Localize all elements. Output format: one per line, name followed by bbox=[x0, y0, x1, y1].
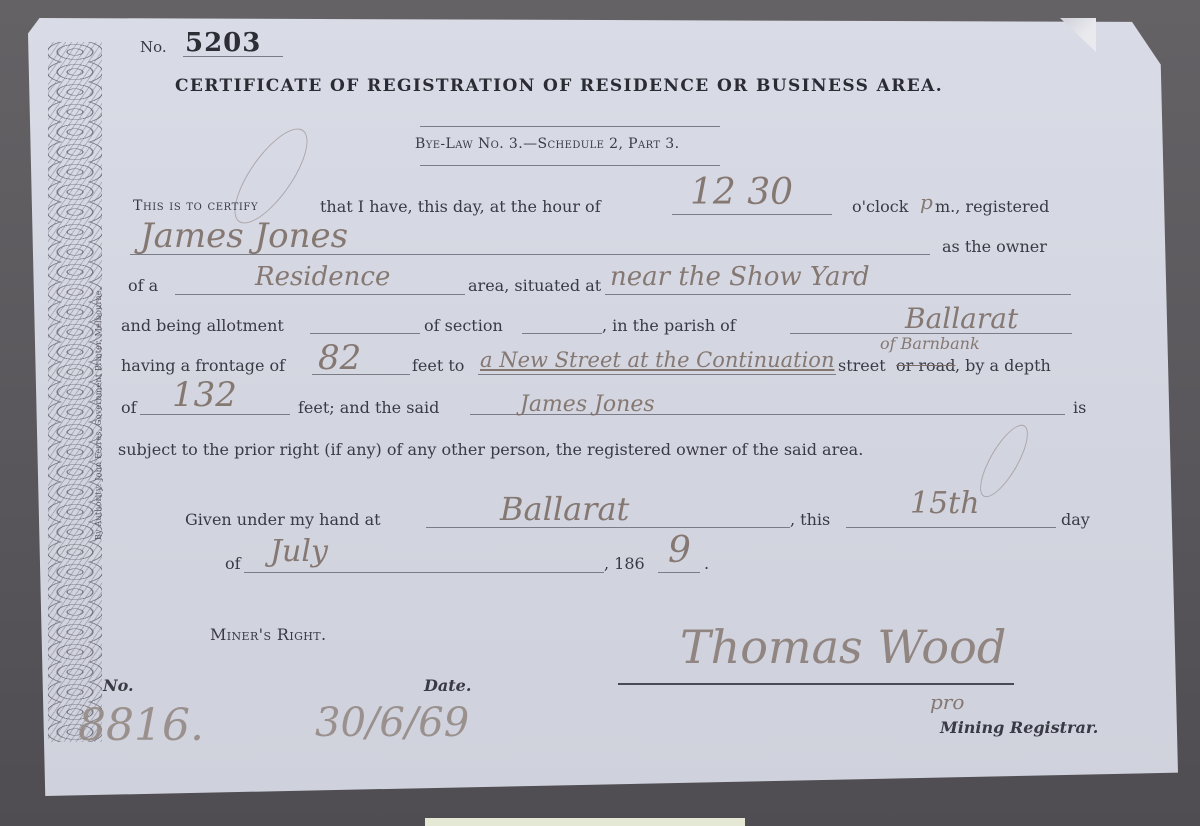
certificate-title: CERTIFICATE OF REGISTRATION OF RESIDENCE… bbox=[175, 76, 943, 96]
depth-label: , by a depth bbox=[955, 356, 1051, 375]
day-value: 15th bbox=[910, 486, 980, 521]
allotment-field-line bbox=[310, 333, 420, 334]
hour-field-line bbox=[672, 214, 832, 215]
month-field-line bbox=[244, 572, 604, 573]
bye-law-reference: Bye-Law No. 3.—Schedule 2, Part 3. bbox=[415, 136, 679, 152]
day-field-line bbox=[846, 527, 1056, 528]
street-annotation: of Barnbank bbox=[880, 334, 980, 353]
section-label: of section bbox=[424, 316, 503, 335]
year-field-line bbox=[658, 572, 700, 573]
museum-label-strip bbox=[425, 818, 745, 826]
year-period: . bbox=[704, 554, 709, 573]
mining-registrar-label: Mining Registrar. bbox=[940, 718, 1098, 737]
location-field-line bbox=[605, 294, 1071, 295]
place-value: Ballarat bbox=[500, 490, 629, 528]
bye-law-rule-bottom bbox=[420, 165, 720, 166]
this-label: , this bbox=[790, 510, 830, 529]
signature-line bbox=[618, 683, 1014, 685]
miners-right-heading: Miner's Right. bbox=[210, 625, 326, 644]
parish-label: , in the parish of bbox=[602, 316, 736, 335]
registrar-signature: Thomas Wood bbox=[680, 620, 1006, 674]
of-month-label: of bbox=[225, 554, 241, 573]
feet-and-said-label: feet; and the said bbox=[298, 398, 439, 417]
year-prefix-label: , 186 bbox=[604, 554, 645, 573]
hour-value: 12 30 bbox=[690, 172, 793, 213]
certify-text: that I have, this day, at the hour of bbox=[320, 197, 601, 216]
area-situated-label: area, situated at bbox=[468, 276, 601, 295]
given-under-hand-label: Given under my hand at bbox=[185, 510, 381, 529]
meridiem-value: p bbox=[920, 190, 933, 214]
certificate-number: 5203 bbox=[185, 28, 261, 58]
is-label: is bbox=[1073, 398, 1086, 417]
miners-right-date-label: Date. bbox=[424, 676, 471, 695]
certificate-number-underline bbox=[183, 56, 283, 57]
street-value: a New Street at the Continuation bbox=[480, 348, 834, 372]
said-name-value: James Jones bbox=[520, 392, 655, 417]
or-road-struck-text: or road bbox=[896, 356, 955, 375]
oclock-label: o'clock bbox=[852, 197, 908, 216]
depth-value: 132 bbox=[172, 375, 237, 415]
of-a-label: of a bbox=[128, 276, 158, 295]
owner-name-value: James Jones bbox=[140, 216, 348, 256]
of-depth-label: of bbox=[121, 398, 137, 417]
day-label: day bbox=[1061, 510, 1090, 529]
parish-value: Ballarat bbox=[905, 302, 1018, 335]
certify-intro: This is to certify bbox=[133, 198, 258, 214]
frontage-value: 82 bbox=[318, 338, 361, 378]
bye-law-rule-top bbox=[420, 126, 720, 127]
section-field-line bbox=[522, 333, 602, 334]
area-type-field-line bbox=[175, 294, 465, 295]
month-value: July bbox=[270, 534, 328, 569]
prior-right-clause: subject to the prior right (if any) of a… bbox=[118, 440, 863, 459]
street-field-line bbox=[478, 374, 836, 375]
feet-to-label: feet to bbox=[412, 356, 464, 375]
street-label: street bbox=[838, 356, 886, 375]
miners-right-number-label: No. bbox=[103, 676, 134, 695]
miners-right-date-value: 30/6/69 bbox=[315, 700, 469, 746]
printer-imprint: By Authority: John Ferres, Government Pr… bbox=[94, 288, 103, 541]
year-digit-value: 9 bbox=[668, 530, 691, 571]
frontage-label: having a frontage of bbox=[121, 356, 285, 375]
signature-pro-annotation: pro bbox=[930, 690, 964, 714]
area-type-value: Residence bbox=[255, 262, 390, 292]
registered-label: m., registered bbox=[935, 197, 1049, 216]
location-value: near the Show Yard bbox=[610, 262, 870, 292]
as-the-owner-label: as the owner bbox=[942, 237, 1047, 256]
certificate-number-label: No. bbox=[140, 38, 167, 56]
miners-right-number-value: 8816. bbox=[78, 700, 204, 751]
allotment-label: and being allotment bbox=[121, 316, 284, 335]
